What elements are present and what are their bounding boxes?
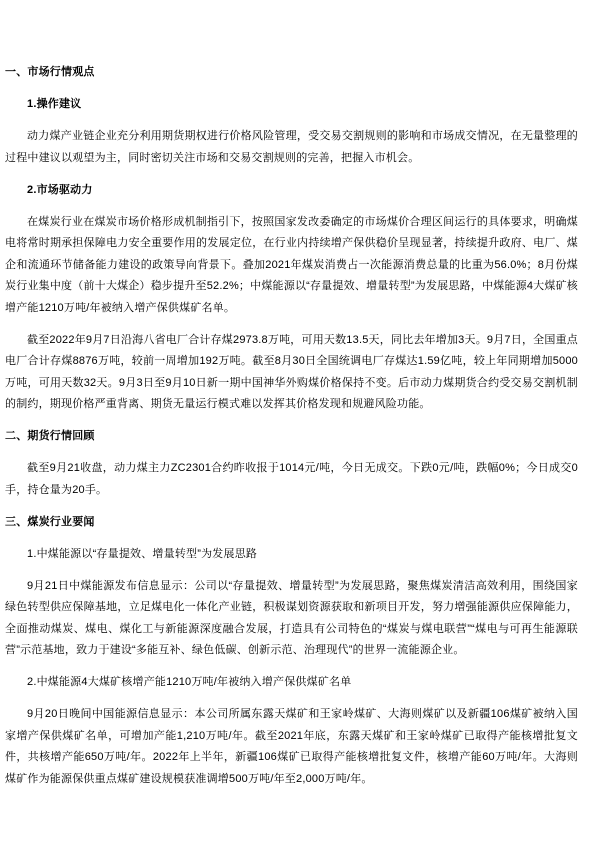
subheading-news-item-2: 2.中煤能源4大煤矿核增产能1210万吨/年被纳入增产保供煤矿名单 [5, 672, 578, 694]
section-heading-coal-industry-news: 三、煤炭行业要闻 [5, 512, 578, 534]
document-page: 一、市场行情观点 1.操作建议 动力煤产业链企业充分利用期货期权进行价格风险管理… [0, 0, 595, 842]
paragraph-news-item-1: 9月21日中煤能源发布信息显示：公司以“存量提效、增量转型”为发展思路，聚焦煤炭… [5, 576, 578, 662]
section-heading-market-view: 一、市场行情观点 [5, 62, 578, 84]
paragraph-operation-advice: 动力煤产业链企业充分利用期货期权进行价格风险管理，受交易交割规则的影响和市场成交… [5, 126, 578, 169]
paragraph-market-driver-policy: 在煤炭行业在煤炭市场价格形成机制指引下，按照国家发改委确定的市场煤价合理区间运行… [5, 212, 578, 320]
paragraph-futures-review: 截至9月21收盘，动力煤主力ZC2301合约昨收报于1014元/吨，今日无成交。… [5, 458, 578, 501]
subheading-operation-advice: 1.操作建议 [5, 94, 578, 116]
section-heading-futures-review: 二、期货行情回顾 [5, 426, 578, 448]
subheading-market-driver: 2.市场驱动力 [5, 180, 578, 202]
paragraph-market-driver-inventory: 截至2022年9月7日沿海八省电厂合计存煤2973.8万吨，可用天数13.5天，… [5, 330, 578, 416]
subheading-news-item-1: 1.中煤能源以“存量提效、增量转型”为发展思路 [5, 544, 578, 566]
paragraph-news-item-2: 9月20日晚间中国能源信息显示：本公司所属东露天煤矿和王家岭煤矿、大海则煤矿以及… [5, 704, 578, 790]
